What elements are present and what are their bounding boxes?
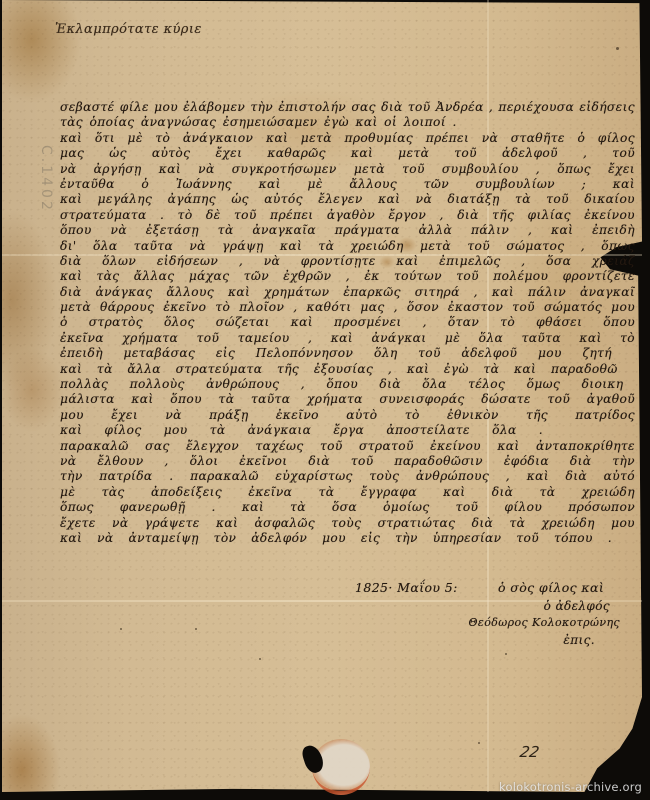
body-line: πολλὰς πολλοὺς ἀνθρώπους , ὅπου διὰ ὅλα … bbox=[60, 377, 624, 392]
closing-phrase: ὁ σὸς φίλος καὶ bbox=[498, 580, 604, 595]
ink-speck bbox=[478, 742, 480, 744]
body-line: παρακαλῶ σας ἔλεγχον ταχέως τοῦ στρατοῦ … bbox=[60, 439, 635, 454]
pencil-archive-number: C.1402 bbox=[36, 145, 54, 240]
archive-watermark: kolokotronis-archive.org bbox=[499, 780, 642, 794]
body-line: ἐνταῦθα ὁ Ἰωάννης καὶ μὲ ἄλλους τῶν συμβ… bbox=[60, 177, 635, 192]
body-line: τὴν πατρίδα . παρακαλῶ εὐχαρίστως τοὺς ἀ… bbox=[60, 469, 635, 484]
ink-speck bbox=[505, 653, 507, 655]
signature-line-2: Θεόδωρος Κολοκοτρώνης bbox=[468, 616, 620, 629]
wax-seal-remnant bbox=[302, 733, 372, 793]
body-line: μὲ τὰς ἀποδείξεις ἐκεῖνα τὰ ἔγγραφα καὶ … bbox=[60, 485, 635, 500]
body-line: διὰ ὅλων εἰδήσεων , νὰ φροντίσῃτε καὶ ἐπ… bbox=[60, 254, 635, 269]
body-line: ὅπου νὰ ἐξετάσῃ τὰ ἀναγκαῖα πράγματα ἀλλ… bbox=[60, 223, 635, 238]
body-line: διὰ ἀνάγκας ἄλλους καὶ χρημάτων ἐπαρκῶς … bbox=[60, 285, 635, 300]
body-line: ὅπως φανερωθῇ . καὶ τὰ ὅσα ὁμοίως τοῦ φί… bbox=[60, 500, 635, 515]
body-line: ἐπειδὴ μεταβάσας εἰς Πελοπόννησον ὅλη το… bbox=[60, 346, 612, 361]
body-line: καὶ ὅτι μὲ τὸ ἀνάγκαιον καὶ μετὰ προθυμί… bbox=[60, 131, 635, 146]
body-line: καὶ μεγάλης ἀγάπης ὡς αὐτός ἔλεγεν καὶ ν… bbox=[60, 192, 635, 207]
body-line: ὁ στρατὸς ὅλος σώζεται καὶ προσμένει , ὅ… bbox=[60, 315, 635, 330]
ink-speck bbox=[616, 47, 619, 50]
ink-speck bbox=[120, 628, 122, 630]
body-line: δι' ὅλα ταῦτα νὰ γράψῃ καὶ τὰ χρειώδη με… bbox=[60, 239, 635, 254]
ink-speck bbox=[195, 628, 197, 630]
body-line: τὰς ὁποίας ἀναγνώσας ἐσημειώσαμεν ἐγὼ κα… bbox=[60, 115, 457, 130]
body-line: στρατεύματα . τὸ δὲ τοῦ πρέπει ἀγαθὸν ἔρ… bbox=[60, 208, 635, 223]
body-line: καὶ τὰ ἄλλα στρατεύματα τῆς ἐξουσίας , κ… bbox=[60, 362, 618, 377]
signature-line-1: ὁ ἀδελφός bbox=[544, 599, 610, 613]
body-line: καὶ νὰ ἀνταμείψῃ τὸν ἀδελφόν μου εἰς τὴν… bbox=[60, 531, 612, 546]
body-line: νὰ ἀργήσῃ καὶ νὰ συγκροτήσωμεν μετὰ τοῦ … bbox=[60, 162, 635, 177]
body-line: σεβαστέ φίλε μου ἐλάβομεν τὴν ἐπιστολήν … bbox=[60, 100, 635, 115]
body-line: μου ἔχει νὰ πράξῃ ἐκεῖνο αὐτὸ τὸ ἐθνικὸν… bbox=[60, 408, 635, 423]
body-line: νὰ ἔλθουν , ὅλοι ἐκεῖνοι διὰ τοῦ παραδοθ… bbox=[60, 454, 635, 469]
body-line: καὶ τὰς ἄλλας μάχας τῶν ἐχθρῶν , ἐκ τούτ… bbox=[60, 269, 635, 284]
manuscript-scan: C.1402 Ἐκλαμπρότατε κύριε σεβαστέ φίλε μ… bbox=[0, 0, 650, 800]
body-line: μετὰ θάρρους ἐκεῖνο τὸ πλοῖον , καθότι μ… bbox=[60, 300, 635, 315]
body-line: μας ὡς αὐτὸς ἔχει καθαρῶς καὶ μετὰ τοῦ ἀ… bbox=[60, 146, 635, 161]
letter-body: σεβαστέ φίλε μου ἐλάβομεν τὴν ἐπιστολήν … bbox=[60, 100, 635, 546]
body-line: μάλιστα καὶ ὅπου τὰ ταῦτα χρήματα συνεισ… bbox=[60, 392, 635, 407]
body-line: καὶ φίλος μου τὰ ἀνάγκαια ἔργα ἀποστείλα… bbox=[60, 423, 543, 438]
signature-line-3: ἐπις. bbox=[563, 633, 595, 647]
folio-number: 22 bbox=[518, 743, 540, 761]
ink-speck bbox=[259, 658, 261, 660]
letter-date: 1825· Μαΐου 5: bbox=[355, 580, 458, 595]
body-line: ἔχετε νὰ γράψετε καὶ ἀσφαλῶς τοὺς στρατι… bbox=[60, 516, 635, 531]
salutation: Ἐκλαμπρότατε κύριε bbox=[55, 22, 202, 37]
body-line: ἐκεῖνα χρήματα τοῦ ταμείου , καὶ ἀνάγκαι… bbox=[60, 331, 635, 346]
